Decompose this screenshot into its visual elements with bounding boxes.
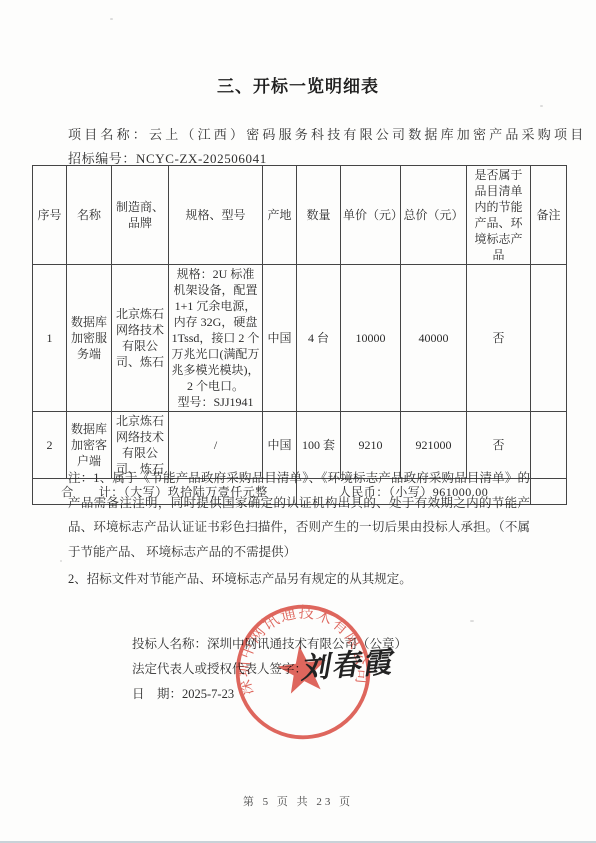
header-manufacturer: 制造商、品牌	[112, 166, 169, 265]
handwritten-signature: 刘春霞	[299, 640, 395, 687]
page-title: 三、开标一览明细表	[0, 72, 596, 97]
page-footer: 第 5 页 共 23 页	[0, 793, 596, 809]
header-qty: 数量	[297, 166, 341, 265]
project-name-line: 项目名称：云上（江西）密码服务科技有限公司数据库加密产品采购项目	[68, 123, 543, 147]
header-total-price: 总价（元）	[401, 166, 467, 265]
scan-speckle	[470, 620, 474, 622]
note-1: 注：1、属于《节能产品政府采购品目清单》、《环境标志产品政府采购品目清单》的产品…	[68, 466, 530, 564]
table-row: 1 数据库加密服务端 北京炼石网络技术有限公司、炼石 规格：2U 标准机架设备，…	[33, 265, 567, 412]
name-cell: 数据库加密服务端	[67, 265, 112, 412]
origin-cell: 中国	[263, 265, 297, 412]
eco-cell: 否	[467, 265, 531, 412]
header-remark: 备注	[531, 166, 567, 265]
scan-speckle	[60, 560, 62, 562]
header-name: 名称	[67, 166, 112, 265]
unit-price-cell: 10000	[341, 265, 401, 412]
total-price-cell: 40000	[401, 265, 467, 412]
header-eco-label: 是否属于品目清单内的节能产品、环境标志产品	[467, 166, 531, 265]
project-info-block: 项目名称：云上（江西）密码服务科技有限公司数据库加密产品采购项目 招标编号：NC…	[68, 123, 543, 171]
remark-cell	[531, 265, 567, 412]
bidder-name-line: 投标人名称：深圳中网讯通技术有限公司（公章）	[132, 632, 452, 657]
manufacturer-cell: 北京炼石网络技术有限公司、炼石	[112, 265, 169, 412]
signature-block: 投标人名称：深圳中网讯通技术有限公司（公章） 法定代表人或授权代表人签字： 日 …	[132, 632, 452, 707]
date-line: 日 期：2025-7-23	[132, 682, 452, 707]
note-2: 2、招标文件对节能产品、环境标志产品另有规定的从其规定。	[68, 567, 530, 592]
scan-speckle	[540, 105, 543, 107]
remark-cell	[531, 412, 567, 479]
remark-cell	[531, 479, 567, 505]
spec-cell: 规格：2U 标准机架设备，配置 1+1 冗余电源，内存 32G，硬盘 1Tssd…	[169, 265, 263, 412]
qty-cell: 4 台	[297, 265, 341, 412]
bid-opening-table: 序号 名称 制造商、品牌 规格、型号 产地 数量 单价（元） 总价（元） 是否属…	[32, 165, 567, 505]
serial-cell: 2	[33, 412, 67, 479]
header-serial: 序号	[33, 166, 67, 265]
scan-speckle	[110, 18, 113, 20]
serial-cell: 1	[33, 265, 67, 412]
table-header-row: 序号 名称 制造商、品牌 规格、型号 产地 数量 单价（元） 总价（元） 是否属…	[33, 166, 567, 265]
scanned-document-page: 三、开标一览明细表 项目名称：云上（江西）密码服务科技有限公司数据库加密产品采购…	[0, 0, 596, 843]
representative-signature-line: 法定代表人或授权代表人签字：	[132, 657, 452, 682]
notes-block: 注：1、属于《节能产品政府采购品目清单》、《环境标志产品政府采购品目清单》的产品…	[68, 466, 530, 592]
header-unit-price: 单价（元）	[341, 166, 401, 265]
header-spec: 规格、型号	[169, 166, 263, 265]
header-origin: 产地	[263, 166, 297, 265]
